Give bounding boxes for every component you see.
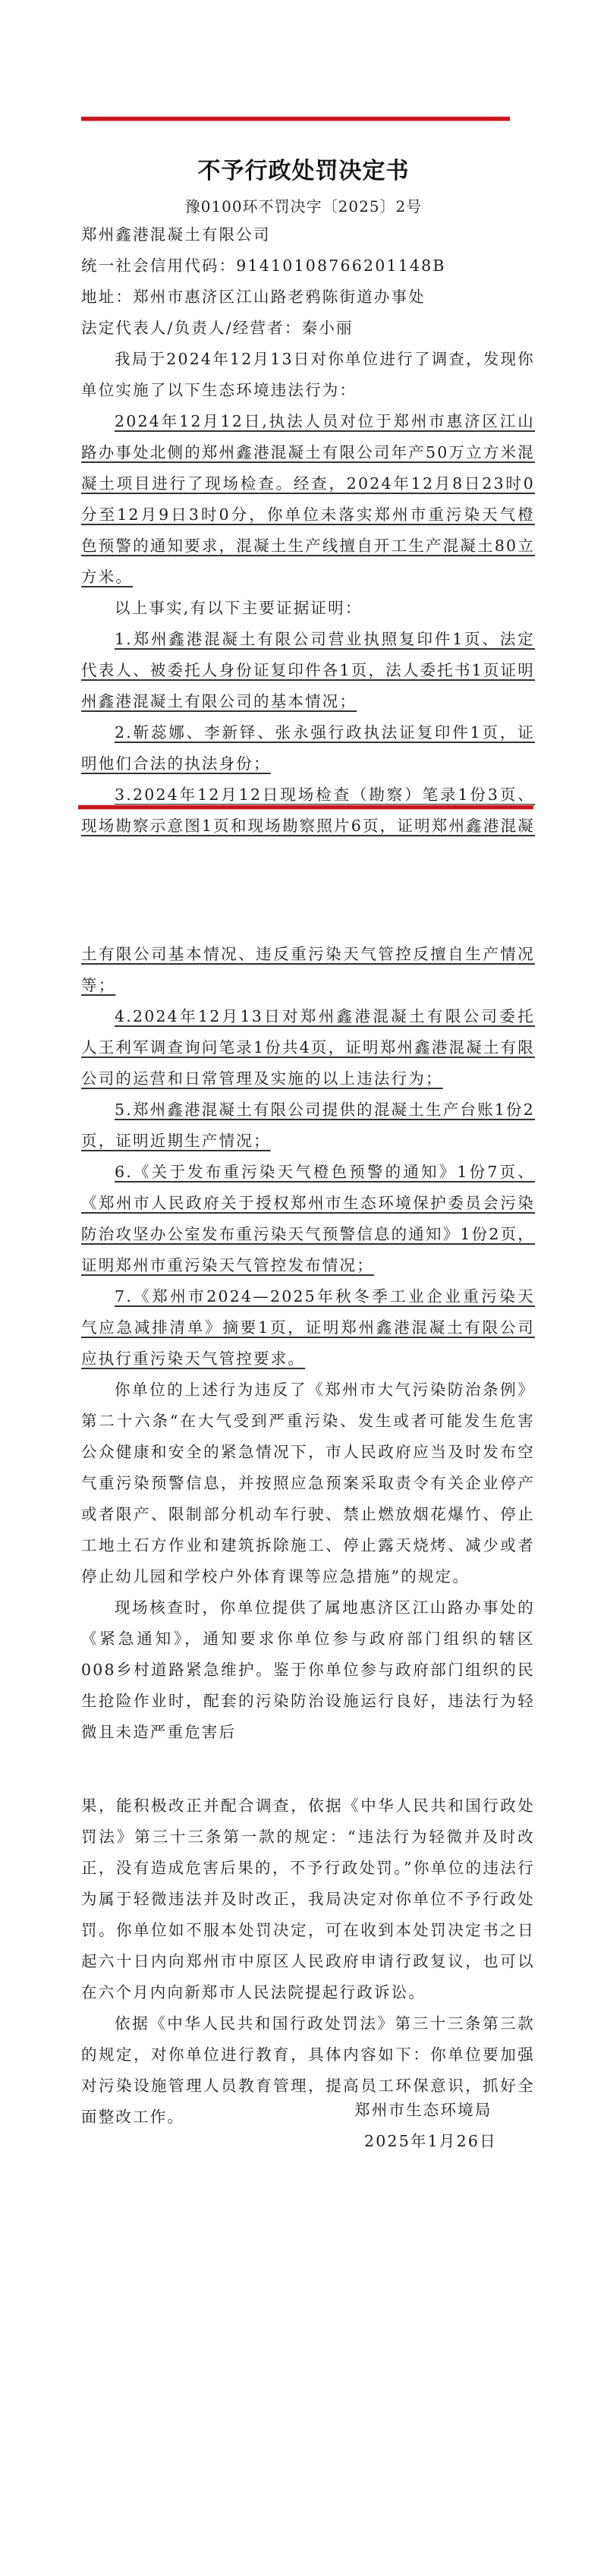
evidence-text: 6.《关于发布重污染天气橙色预警的通知》1份7页、《郑州市人民政府关于授权郑州市…: [81, 1163, 535, 1274]
evidence-text: 土有限公司基本情况、违反重污染天气管控反擅自生产情况等；: [81, 945, 535, 994]
evidence-item-5: 5.郑州鑫港混凝土有限公司提供的混凝土生产台账1份2页，证明近期生产情况；: [81, 1094, 535, 1157]
issuing-authority: 郑州市生态环境局: [354, 2097, 492, 2120]
document-number: 豫0100环不罚决字〔2025〕2号: [0, 194, 607, 216]
evidence-item-2: 2.靳蕊娜、李新铎、张永强行政执法证复印件1页，证明他们合法的执法身份；: [81, 717, 535, 779]
evidence-item-6: 6.《关于发布重污染天气橙色预警的通知》1份7页、《郑州市人民政府关于授权郑州市…: [81, 1157, 535, 1281]
mitigation-part-1: 现场核查时，你单位提供了属地惠济区江山路办事处的《紧急通知》，通知要求你单位参与…: [81, 1592, 535, 1748]
page-2-body-a: 土有限公司基本情况、违反重污染天气管控反擅自生产情况等； 4.2024年12月1…: [81, 939, 535, 1748]
address: 地址：郑州市惠济区江山路老鸦陈街道办事处: [81, 282, 535, 313]
page-1-body: 郑州鑫港混凝土有限公司 统一社会信用代码：91410108766201148B …: [81, 219, 535, 842]
evidence-item-4: 4.2024年12月13日对郑州鑫港混凝土有限公司委托人王利军调查询问笔录1份共…: [81, 1001, 535, 1094]
evidence-text: 2.靳蕊娜、李新铎、张永强行政执法证复印件1页，证明他们合法的执法身份；: [81, 723, 535, 773]
legal-representative: 法定代表人/负责人/经营者：秦小丽: [81, 313, 535, 344]
legal-basis: 你单位的上述行为违反了《郑州市大气污染防治条例》第二十六条“在大气受到严重污染、…: [81, 1375, 535, 1592]
evidence-item-1: 1.郑州鑫港混凝土有限公司营业执照复印件1页、法定代表人、被委托人身份证复印件各…: [81, 624, 535, 717]
evidence-text: 5.郑州鑫港混凝土有限公司提供的混凝土生产台账1份2页，证明近期生产情况；: [81, 1101, 535, 1150]
mitigation-part-2: 果，能积极改正并配合调查，依据《中华人民共和国行政处罚法》第三十三条第一款的规定…: [81, 1790, 535, 2008]
evidence-text: 1.郑州鑫港混凝土有限公司营业执照复印件1页、法定代表人、被委托人身份证复印件各…: [81, 630, 535, 710]
evidence-item-7: 7.《郑州市2024—2025年秋冬季工业企业重污染天气应急减排清单》摘要1页，…: [81, 1281, 535, 1375]
credit-code: 统一社会信用代码：91410108766201148B: [81, 250, 535, 282]
issue-date: 2025年1月26日: [364, 2128, 497, 2151]
page-title: 不予行政处罚决定书: [0, 152, 607, 185]
page-2: 土有限公司基本情况、违反重污染天气管控反擅自生产情况等； 4.2024年12月1…: [0, 820, 607, 2576]
evidence-text: 7.《郑州市2024—2025年秋冬季工业企业重污染天气应急减排清单》摘要1页，…: [81, 1287, 535, 1368]
evidence-text: 4.2024年12月13日对郑州鑫港混凝土有限公司委托人王利军调查询问笔录1份共…: [81, 1007, 535, 1088]
page-break-red-rule: [78, 805, 533, 809]
investigation-intro: 我局于2024年12月13日对你单位进行了调查，发现你单位实施了以下生态环境违法…: [81, 344, 535, 406]
page-1: 不予行政处罚决定书 豫0100环不罚决字〔2025〕2号 郑州鑫港混凝土有限公司…: [0, 0, 607, 820]
evidence-intro: 以上事实,有以下主要证据证明：: [81, 593, 535, 624]
violation-description: 2024年12月12日,执法人员对位于郑州市惠济区江山路办事处北侧的郑州鑫港混凝…: [81, 406, 535, 593]
header-red-rule: [81, 117, 510, 121]
violation-text: 2024年12月12日,执法人员对位于郑州市惠济区江山路办事处北侧的郑州鑫港混凝…: [81, 412, 535, 586]
company-name: 郑州鑫港混凝土有限公司: [81, 219, 535, 250]
evidence-item-3-continued: 土有限公司基本情况、违反重污染天气管控反擅自生产情况等；: [81, 939, 535, 1001]
page-2-body-b: 果，能积极改正并配合调查，依据《中华人民共和国行政处罚法》第三十三条第一款的规定…: [81, 1790, 535, 2133]
